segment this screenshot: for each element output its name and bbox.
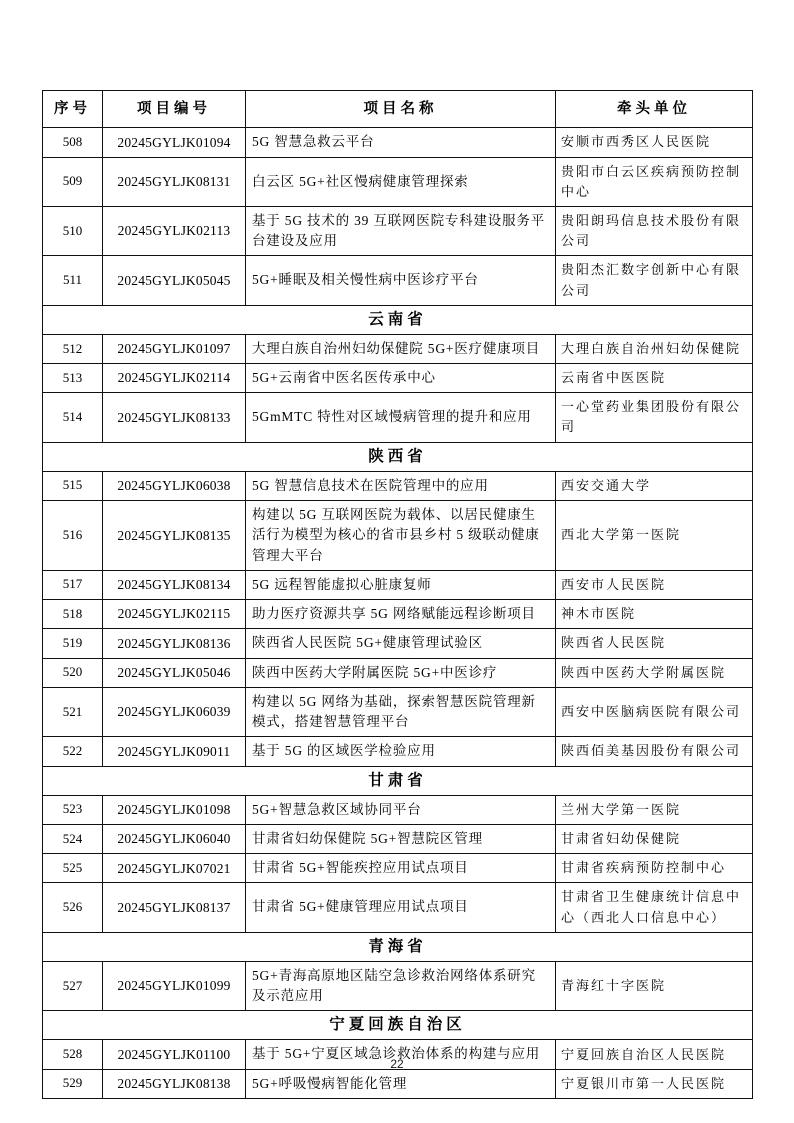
lead-org-cell: 一心堂药业集团股份有限公司 bbox=[556, 393, 753, 442]
project-name-cell: 5G+智慧急救区域协同平台 bbox=[246, 795, 556, 824]
project-code-cell: 20245GYLJK01098 bbox=[103, 795, 246, 824]
header-project-code: 项目编号 bbox=[103, 91, 246, 128]
header-seq: 序号 bbox=[43, 91, 103, 128]
project-code-cell: 20245GYLJK01094 bbox=[103, 128, 246, 157]
seq-cell: 520 bbox=[43, 658, 103, 687]
seq-cell: 517 bbox=[43, 570, 103, 599]
seq-cell: 527 bbox=[43, 961, 103, 1011]
table-row: 52620245GYLJK08137甘肃省 5G+健康管理应用试点项目甘肃省卫生… bbox=[43, 883, 753, 932]
lead-org-cell: 神木市医院 bbox=[556, 600, 753, 629]
project-code-cell: 20245GYLJK08135 bbox=[103, 501, 246, 571]
project-name-cell: 5G 远程智能虚拟心脏康复师 bbox=[246, 570, 556, 599]
province-section-row: 青海省 bbox=[43, 932, 753, 961]
table-row: 51920245GYLJK08136陕西省人民医院 5G+健康管理试验区陕西省人… bbox=[43, 629, 753, 658]
document-page: 序号 项目编号 项目名称 牵头单位 50820245GYLJK010945G 智… bbox=[0, 0, 794, 1123]
project-name-cell: 5G 智慧急救云平台 bbox=[246, 128, 556, 157]
lead-org-cell: 兰州大学第一医院 bbox=[556, 795, 753, 824]
seq-cell: 516 bbox=[43, 501, 103, 571]
lead-org-cell: 云南省中医医院 bbox=[556, 364, 753, 393]
lead-org-cell: 青海红十字医院 bbox=[556, 961, 753, 1011]
project-code-cell: 20245GYLJK02114 bbox=[103, 364, 246, 393]
seq-cell: 518 bbox=[43, 600, 103, 629]
table-header: 序号 项目编号 项目名称 牵头单位 bbox=[43, 91, 753, 128]
project-name-cell: 陕西中医药大学附属医院 5G+中医诊疗 bbox=[246, 658, 556, 687]
province-section-label: 宁夏回族自治区 bbox=[43, 1011, 753, 1040]
project-code-cell: 20245GYLJK02115 bbox=[103, 600, 246, 629]
project-code-cell: 20245GYLJK08133 bbox=[103, 393, 246, 442]
table-row: 51420245GYLJK081335GmMTC 特性对区域慢病管理的提升和应用… bbox=[43, 393, 753, 442]
project-name-cell: 5G+青海高原地区陆空急诊救治网络体系研究及示范应用 bbox=[246, 961, 556, 1011]
lead-org-cell: 贵阳市白云区疾病预防控制中心 bbox=[556, 157, 753, 206]
project-name-cell: 甘肃省妇幼保健院 5G+智慧院区管理 bbox=[246, 824, 556, 853]
lead-org-cell: 西北大学第一医院 bbox=[556, 501, 753, 571]
header-project-name: 项目名称 bbox=[246, 91, 556, 128]
seq-cell: 524 bbox=[43, 824, 103, 853]
lead-org-cell: 西安交通大学 bbox=[556, 471, 753, 500]
province-section-row: 陕西省 bbox=[43, 442, 753, 471]
province-section-label: 陕西省 bbox=[43, 442, 753, 471]
project-code-cell: 20245GYLJK09011 bbox=[103, 737, 246, 766]
project-code-cell: 20245GYLJK02113 bbox=[103, 206, 246, 256]
lead-org-cell: 大理白族自治州妇幼保健院 bbox=[556, 334, 753, 363]
seq-cell: 515 bbox=[43, 471, 103, 500]
table-row: 52320245GYLJK010985G+智慧急救区域协同平台兰州大学第一医院 bbox=[43, 795, 753, 824]
project-code-cell: 20245GYLJK06038 bbox=[103, 471, 246, 500]
province-section-label: 青海省 bbox=[43, 932, 753, 961]
lead-org-cell: 陕西省人民医院 bbox=[556, 629, 753, 658]
table-row: 51720245GYLJK081345G 远程智能虚拟心脏康复师西安市人民医院 bbox=[43, 570, 753, 599]
project-code-cell: 20245GYLJK08134 bbox=[103, 570, 246, 599]
table-row: 52020245GYLJK05046陕西中医药大学附属医院 5G+中医诊疗陕西中… bbox=[43, 658, 753, 687]
seq-cell: 513 bbox=[43, 364, 103, 393]
table-row: 51020245GYLJK02113基于 5G 技术的 39 互联网医院专科建设… bbox=[43, 206, 753, 256]
lead-org-cell: 宁夏银川市第一人民医院 bbox=[556, 1069, 753, 1098]
project-code-cell: 20245GYLJK08131 bbox=[103, 157, 246, 206]
lead-org-cell: 甘肃省疾病预防控制中心 bbox=[556, 854, 753, 883]
lead-org-cell: 西安市人民医院 bbox=[556, 570, 753, 599]
table-row: 51620245GYLJK08135构建以 5G 互联网医院为载体、以居民健康生… bbox=[43, 501, 753, 571]
project-name-cell: 甘肃省 5G+健康管理应用试点项目 bbox=[246, 883, 556, 932]
project-name-cell: 5G+云南省中医名医传承中心 bbox=[246, 364, 556, 393]
seq-cell: 525 bbox=[43, 854, 103, 883]
seq-cell: 512 bbox=[43, 334, 103, 363]
table-row: 52920245GYLJK081385G+呼吸慢病智能化管理宁夏银川市第一人民医… bbox=[43, 1069, 753, 1098]
lead-org-cell: 贵阳杰汇数字创新中心有限公司 bbox=[556, 256, 753, 305]
seq-cell: 509 bbox=[43, 157, 103, 206]
table-row: 52720245GYLJK010995G+青海高原地区陆空急诊救治网络体系研究及… bbox=[43, 961, 753, 1011]
table-row: 51220245GYLJK01097大理白族自治州妇幼保健院 5G+医疗健康项目… bbox=[43, 334, 753, 363]
table-row: 52420245GYLJK06040甘肃省妇幼保健院 5G+智慧院区管理甘肃省妇… bbox=[43, 824, 753, 853]
table-row: 52520245GYLJK07021甘肃省 5G+智能疾控应用试点项目甘肃省疾病… bbox=[43, 854, 753, 883]
seq-cell: 522 bbox=[43, 737, 103, 766]
project-name-cell: 5G 智慧信息技术在医院管理中的应用 bbox=[246, 471, 556, 500]
project-code-cell: 20245GYLJK07021 bbox=[103, 854, 246, 883]
seq-cell: 510 bbox=[43, 206, 103, 256]
project-name-cell: 大理白族自治州妇幼保健院 5G+医疗健康项目 bbox=[246, 334, 556, 363]
seq-cell: 523 bbox=[43, 795, 103, 824]
project-code-cell: 20245GYLJK01099 bbox=[103, 961, 246, 1011]
table-row: 51320245GYLJK021145G+云南省中医名医传承中心云南省中医医院 bbox=[43, 364, 753, 393]
project-code-cell: 20245GYLJK05046 bbox=[103, 658, 246, 687]
seq-cell: 508 bbox=[43, 128, 103, 157]
project-code-cell: 20245GYLJK06040 bbox=[103, 824, 246, 853]
lead-org-cell: 甘肃省妇幼保健院 bbox=[556, 824, 753, 853]
project-name-cell: 基于 5G 的区域医学检验应用 bbox=[246, 737, 556, 766]
header-lead-org: 牵头单位 bbox=[556, 91, 753, 128]
seq-cell: 511 bbox=[43, 256, 103, 305]
project-code-cell: 20245GYLJK08138 bbox=[103, 1069, 246, 1098]
province-section-row: 云南省 bbox=[43, 305, 753, 334]
project-name-cell: 陕西省人民医院 5G+健康管理试验区 bbox=[246, 629, 556, 658]
seq-cell: 514 bbox=[43, 393, 103, 442]
project-code-cell: 20245GYLJK08136 bbox=[103, 629, 246, 658]
lead-org-cell: 西安中医脑病医院有限公司 bbox=[556, 687, 753, 737]
table-row: 51820245GYLJK02115助力医疗资源共享 5G 网络赋能远程诊断项目… bbox=[43, 600, 753, 629]
project-code-cell: 20245GYLJK05045 bbox=[103, 256, 246, 305]
project-name-cell: 白云区 5G+社区慢病健康管理探索 bbox=[246, 157, 556, 206]
project-code-cell: 20245GYLJK06039 bbox=[103, 687, 246, 737]
project-name-cell: 5G+呼吸慢病智能化管理 bbox=[246, 1069, 556, 1098]
page-number: 22 bbox=[0, 1057, 794, 1071]
project-name-cell: 基于 5G 技术的 39 互联网医院专科建设服务平台建设及应用 bbox=[246, 206, 556, 256]
seq-cell: 521 bbox=[43, 687, 103, 737]
seq-cell: 519 bbox=[43, 629, 103, 658]
project-name-cell: 构建以 5G 网络为基础，探索智慧医院管理新模式，搭建智慧管理平台 bbox=[246, 687, 556, 737]
table-row: 52220245GYLJK09011基于 5G 的区域医学检验应用陕西佰美基因股… bbox=[43, 737, 753, 766]
table-header-row: 序号 项目编号 项目名称 牵头单位 bbox=[43, 91, 753, 128]
project-name-cell: 甘肃省 5G+智能疾控应用试点项目 bbox=[246, 854, 556, 883]
lead-org-cell: 甘肃省卫生健康统计信息中心（西北人口信息中心） bbox=[556, 883, 753, 932]
project-name-cell: 构建以 5G 互联网医院为载体、以居民健康生活行为模型为核心的省市县乡村 5 级… bbox=[246, 501, 556, 571]
table-row: 52120245GYLJK06039构建以 5G 网络为基础，探索智慧医院管理新… bbox=[43, 687, 753, 737]
project-code-cell: 20245GYLJK01097 bbox=[103, 334, 246, 363]
table-body: 50820245GYLJK010945G 智慧急救云平台安顺市西秀区人民医院50… bbox=[43, 128, 753, 1099]
project-code-cell: 20245GYLJK08137 bbox=[103, 883, 246, 932]
seq-cell: 526 bbox=[43, 883, 103, 932]
project-name-cell: 5G+睡眠及相关慢性病中医诊疗平台 bbox=[246, 256, 556, 305]
table-row: 50820245GYLJK010945G 智慧急救云平台安顺市西秀区人民医院 bbox=[43, 128, 753, 157]
lead-org-cell: 贵阳朗玛信息技术股份有限公司 bbox=[556, 206, 753, 256]
projects-table: 序号 项目编号 项目名称 牵头单位 50820245GYLJK010945G 智… bbox=[42, 90, 753, 1099]
project-name-cell: 5GmMTC 特性对区域慢病管理的提升和应用 bbox=[246, 393, 556, 442]
province-section-row: 甘肃省 bbox=[43, 766, 753, 795]
lead-org-cell: 安顺市西秀区人民医院 bbox=[556, 128, 753, 157]
table-row: 51520245GYLJK060385G 智慧信息技术在医院管理中的应用西安交通… bbox=[43, 471, 753, 500]
table-row: 50920245GYLJK08131白云区 5G+社区慢病健康管理探索贵阳市白云… bbox=[43, 157, 753, 206]
lead-org-cell: 陕西中医药大学附属医院 bbox=[556, 658, 753, 687]
seq-cell: 529 bbox=[43, 1069, 103, 1098]
province-section-row: 宁夏回族自治区 bbox=[43, 1011, 753, 1040]
province-section-label: 甘肃省 bbox=[43, 766, 753, 795]
lead-org-cell: 陕西佰美基因股份有限公司 bbox=[556, 737, 753, 766]
project-name-cell: 助力医疗资源共享 5G 网络赋能远程诊断项目 bbox=[246, 600, 556, 629]
table-row: 51120245GYLJK050455G+睡眠及相关慢性病中医诊疗平台贵阳杰汇数… bbox=[43, 256, 753, 305]
province-section-label: 云南省 bbox=[43, 305, 753, 334]
